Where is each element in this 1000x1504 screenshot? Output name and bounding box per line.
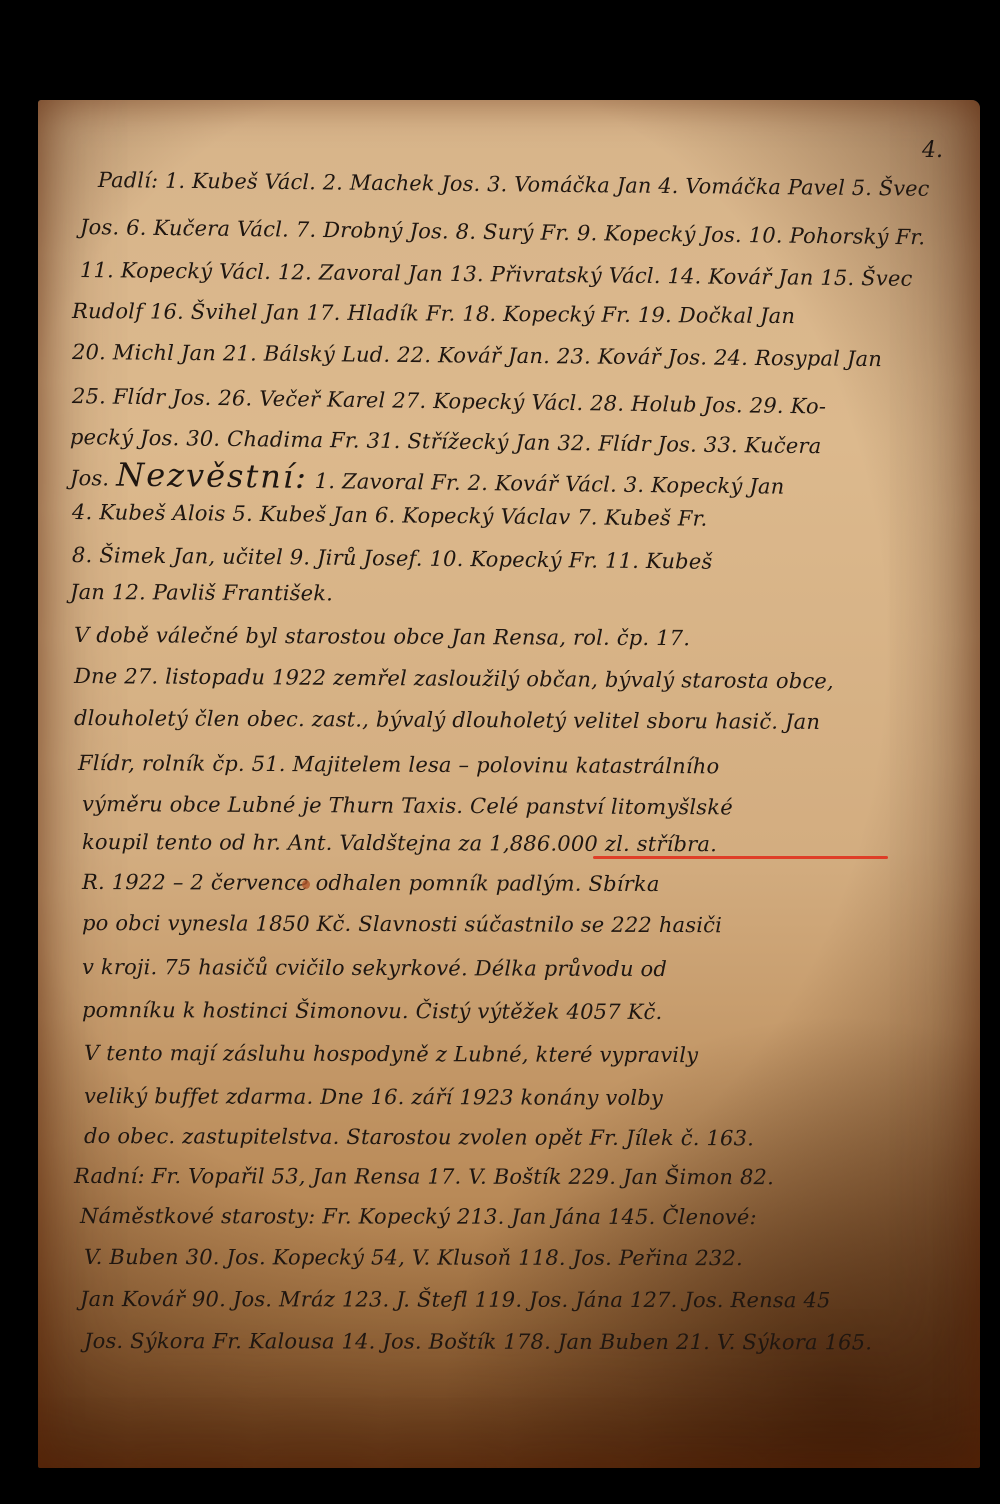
ink-stain (302, 880, 310, 889)
text-line: Radní: Fr. Vopařil 53, Jan Rensa 17. V. … (74, 1164, 774, 1189)
text-line: Jos. (70, 466, 110, 490)
text-line: pomníku k hostinci Šimonovu. Čistý výtěž… (82, 998, 662, 1024)
text-line: výměru obce Lubné je Thurn Taxis. Celé p… (82, 792, 733, 819)
text-line: Flídr, rolník čp. 51. Majitelem lesa – p… (78, 751, 720, 778)
text-line: koupil tento od hr. Ant. Valdštejna za 1… (82, 830, 717, 856)
text-line: V tento mají zásluhu hospodyně z Lubné, … (84, 1041, 698, 1067)
text-line: Jan Kovář 90. Jos. Mráz 123. J. Štefl 11… (80, 1287, 831, 1312)
text-line: Rudolf 16. Švihel Jan 17. Hladík Fr. 18.… (72, 299, 795, 328)
missing-heading: Nezvěstní: (116, 456, 308, 496)
text-line: Jos. Sýkora Fr. Kalousa 14. Jos. Boštík … (84, 1329, 872, 1354)
text-line: do obec. zastupitelstva. Starostou zvole… (84, 1124, 754, 1150)
text-line: Náměstkové starosty: Fr. Kopecký 213. Ja… (80, 1204, 757, 1229)
text-line: v kroji. 75 hasičů cvičilo sekyrkové. Dé… (82, 955, 667, 981)
text-line: V době válečné byl starostou obce Jan Re… (74, 623, 690, 650)
text-line: Jan 12. Pavliš František. (70, 580, 333, 605)
page-number: 4. (922, 138, 943, 163)
text-line: dlouholetý člen obec. zast., bývalý dlou… (74, 706, 820, 734)
text-line: veliký buffet zdarma. Dne 16. září 1923 … (84, 1084, 663, 1110)
red-underline (593, 856, 888, 859)
text-line: po obci vynesla 1850 Kč. Slavnosti súčas… (82, 911, 722, 937)
text-line: 1. Zavoral Fr. 2. Kovář Václ. 3. Kopecký… (308, 469, 785, 499)
text-line: R. 1922 – 2 července odhalen pomník padl… (82, 870, 660, 896)
text-line: V. Buben 30. Jos. Kopecký 54, V. Klusoň … (84, 1245, 743, 1270)
